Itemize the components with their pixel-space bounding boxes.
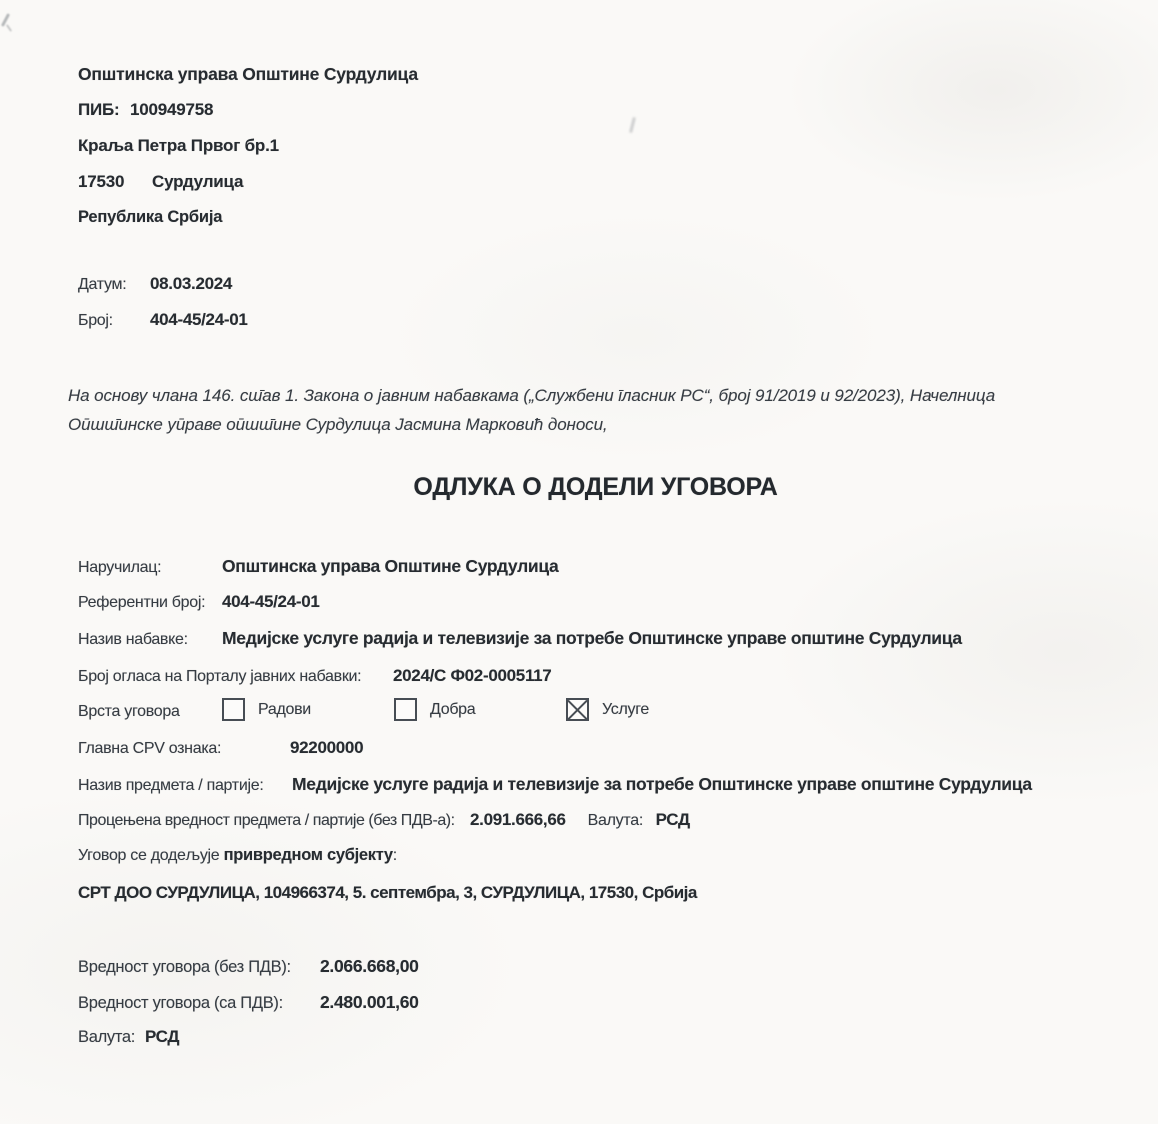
notice-number-label: Број огласа на Порталу јавних набавки:: [78, 668, 393, 686]
preamble-line1: На основу члана 146. сш̄ав 1. Закона о ј…: [68, 386, 995, 405]
client-row: Наручилац:Општинска управа Општине Сурду…: [78, 556, 558, 577]
contract-type-option-radovi: Радови: [222, 698, 311, 721]
award-intro-bold: привредном субјекту: [224, 846, 393, 864]
currency-value: РСД: [656, 810, 690, 829]
contract-net-row: Вредност уговора (без ПДВ):2.066.668,00: [78, 956, 419, 977]
contract-gross-row: Вредност уговора (са ПДВ):2.480.001,60: [78, 992, 419, 1013]
org-name: Општинска управа Општине Сурдулица: [78, 64, 418, 85]
contract-gross-value: 2.480.001,60: [320, 992, 419, 1012]
estimated-value: 2.091.666,66: [470, 810, 566, 829]
cpv-label: Главна CPV ознака:: [78, 740, 290, 758]
scanned-document-page: Општинска управа Општине Сурдулица ПИБ:1…: [0, 0, 1158, 1124]
contract-currency-value: РСД: [145, 1027, 179, 1046]
document-title: ОДЛУКА О ДОДЕЛИ УГОВОРА: [78, 473, 1113, 502]
contract-type-option-dobra: Добра: [394, 698, 475, 721]
estimated-value-row: Процењена вредност предмета / партије (б…: [78, 810, 690, 830]
subject-row: Назив предмета / партије:Медијске услуге…: [78, 774, 1032, 795]
contract-type-option-usluge: Услуге: [566, 698, 649, 721]
postal-city-row: 17530Сурдулица: [78, 172, 243, 192]
reference-value: 404-45/24-01: [222, 592, 320, 611]
checkbox-unchecked-icon: [394, 698, 417, 721]
number-value: 404-45/24-01: [150, 310, 248, 329]
award-intro-row: Уговор се додељује привредном субјекту:: [78, 846, 397, 865]
estimated-value-label: Процењена вредност предмета / партије (б…: [78, 812, 470, 830]
subject-label: Назив предмета / партије:: [78, 777, 292, 795]
reference-label: Референтни број:: [78, 594, 222, 612]
date-row: Датум:08.03.2024: [78, 274, 232, 294]
currency-label: Валута:: [588, 812, 656, 830]
procurement-name-label: Назив набавке:: [78, 631, 222, 649]
supplier-line: СРТ ДОО СУРДУЛИЦА, 104966374, 5. септемб…: [78, 883, 697, 903]
client-label: Наручилац:: [78, 559, 222, 577]
contract-net-label: Вредност уговора (без ПДВ):: [78, 958, 320, 977]
scan-comma-artifact: [629, 117, 636, 133]
contract-currency-label: Валута:: [78, 1028, 145, 1047]
procurement-name-row: Назив набавке:Медијске услуге радија и т…: [78, 628, 962, 649]
postal-code: 17530: [78, 172, 152, 192]
number-label: Број:: [78, 312, 150, 330]
contract-type-label: Врста уговора: [78, 703, 180, 721]
cpv-value: 92200000: [290, 738, 363, 757]
cpv-row: Главна CPV ознака:92200000: [78, 738, 363, 758]
award-intro-colon: :: [393, 847, 397, 864]
scan-smudge-artifact: [6, 24, 12, 32]
contract-gross-label: Вредност уговора (са ПДВ):: [78, 994, 320, 1013]
contract-currency-row: Валута:РСД: [78, 1027, 179, 1047]
contract-net-value: 2.066.668,00: [320, 956, 419, 976]
notice-number-value: 2024/С Ф02-0005117: [393, 666, 551, 685]
contract-type-option-label: Услуге: [602, 701, 649, 719]
subject-value: Медијске услуге радија и телевизије за п…: [292, 774, 1032, 794]
checkbox-unchecked-icon: [222, 698, 245, 721]
country: Република Србија: [78, 208, 222, 227]
client-value: Општинска управа Општине Сурдулица: [222, 556, 558, 576]
pib-row: ПИБ:100949758: [78, 100, 213, 120]
pib-label: ПИБ:: [78, 100, 130, 120]
procurement-name-value: Медијске услуге радија и телевизије за п…: [222, 628, 962, 648]
city: Сурдулица: [152, 172, 243, 191]
reference-row: Референтни број:404-45/24-01: [78, 592, 320, 612]
date-value: 08.03.2024: [150, 274, 232, 293]
award-intro-regular: Уговор се додељује: [78, 847, 224, 864]
date-label: Датум:: [78, 276, 150, 294]
preamble-line2: Оūшш̄инске уūраве оūшш̄ине Сурдулица Јас…: [68, 415, 608, 434]
pib-value: 100949758: [130, 100, 213, 119]
notice-number-row: Број огласа на Порталу јавних набавки:20…: [78, 666, 551, 686]
number-row: Број:404-45/24-01: [78, 310, 248, 330]
street-address: Краља Петра Првог бр.1: [78, 136, 279, 156]
checkbox-checked-icon: [566, 698, 589, 721]
contract-type-option-label: Радови: [258, 701, 311, 719]
legal-preamble: На основу члана 146. сш̄ав 1. Закона о ј…: [68, 381, 1130, 439]
contract-type-option-label: Добра: [430, 701, 475, 719]
